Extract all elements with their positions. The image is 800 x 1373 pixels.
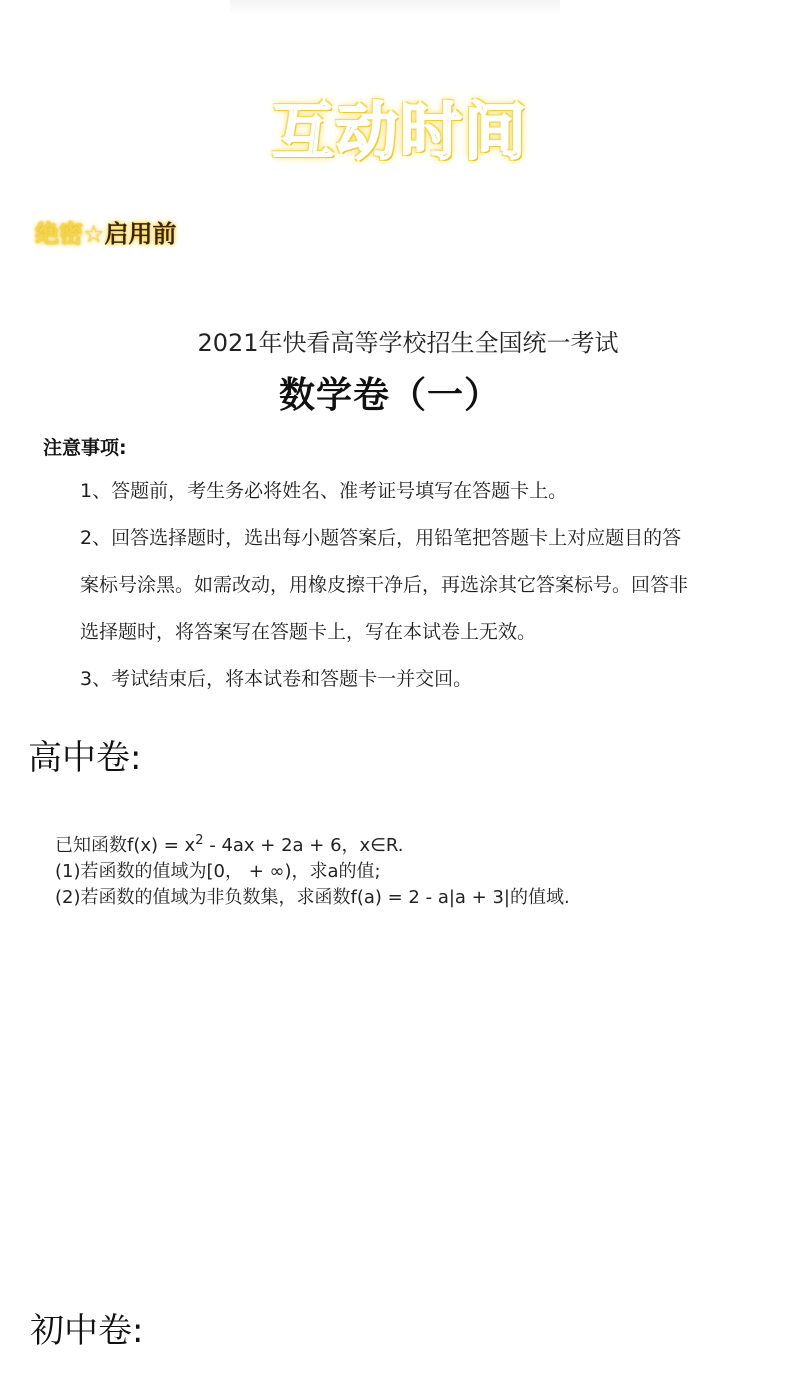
paper-title: 数学卷（一） xyxy=(0,367,780,418)
confidential-badge: 绝密☆启用前 xyxy=(35,219,177,249)
stem-prefix: 已知函数f(x) = x xyxy=(55,835,195,856)
stem-suffix: - 4ax + 2a + 6，x∈R. xyxy=(204,835,404,856)
problem-part-1: (1)若函数的值域为[0， + ∞)，求a的值; xyxy=(55,859,755,885)
notes-item: 1、答题前，考生务必将姓名、准考证号填写在答题卡上。 xyxy=(80,468,760,515)
notes-item: 案标号涂黑。如需改动，用橡皮擦干净后，再选涂其它答案标号。回答非 xyxy=(80,562,760,609)
confidential-label: 绝密☆ xyxy=(35,220,105,248)
notes-heading: 注意事项: xyxy=(43,433,127,460)
before-use-label: 启用前 xyxy=(105,220,177,248)
notes-list: 1、答题前，考生务必将姓名、准考证号填写在答题卡上。 2、回答选择题时，选出每小… xyxy=(80,468,760,703)
high-school-problem: 已知函数f(x) = x2 - 4ax + 2a + 6，x∈R. (1)若函数… xyxy=(55,828,755,911)
stem-exponent: 2 xyxy=(195,833,203,848)
notes-item: 3、考试结束后，将本试卷和答题卡一并交回。 xyxy=(80,656,760,703)
exam-title: 2021年快看高等学校招生全国统一考试 xyxy=(0,323,800,358)
problem-stem: 已知函数f(x) = x2 - 4ax + 2a + 6，x∈R. xyxy=(55,828,755,859)
banner-title: 互动时间 xyxy=(0,82,800,171)
notes-item: 2、回答选择题时，选出每小题答案后，用铅笔把答题卡上对应题目的答 xyxy=(80,515,760,562)
middle-school-heading: 初中卷: xyxy=(30,1303,143,1352)
notes-item: 选择题时，将答案写在答题卡上，写在本试卷上无效。 xyxy=(80,609,760,656)
high-school-heading: 高中卷: xyxy=(28,730,141,779)
top-edge-shadow xyxy=(230,0,560,14)
problem-part-2: (2)若函数的值域为非负数集，求函数f(a) = 2 - a|a + 3|的值域… xyxy=(55,885,755,911)
